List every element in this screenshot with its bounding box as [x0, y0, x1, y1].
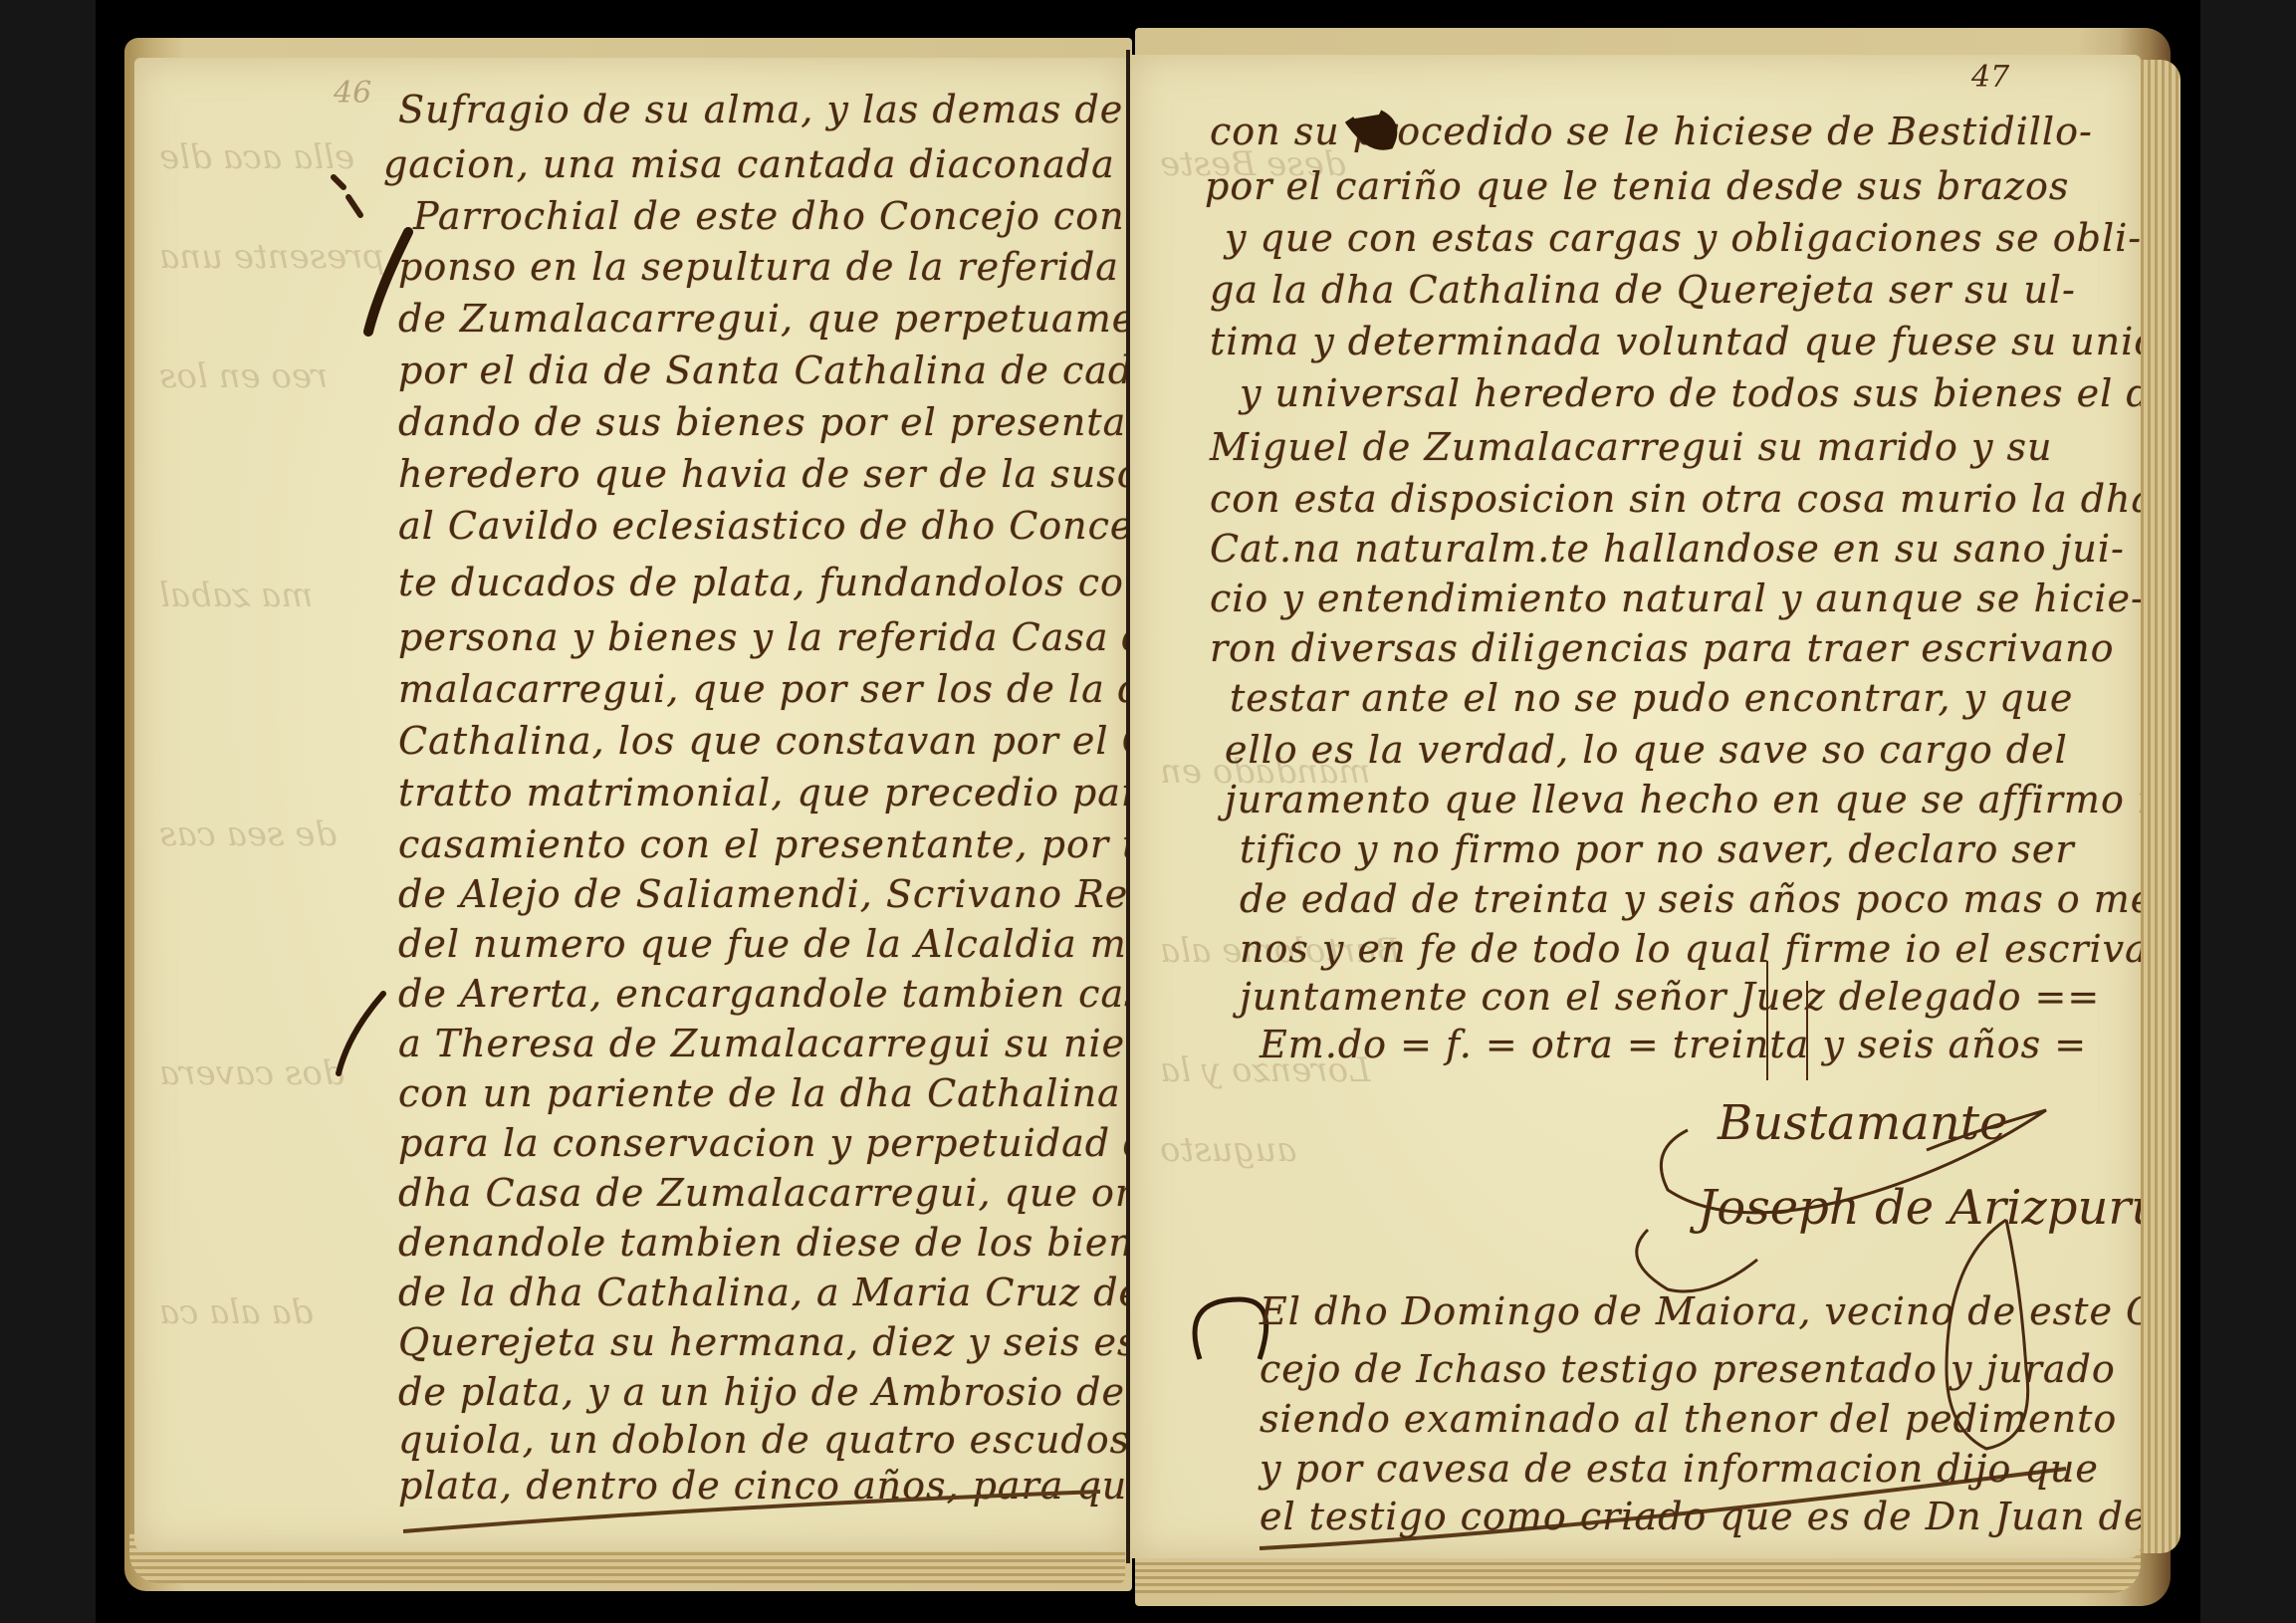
- testimony-line: y por cavesa de esta informacion dijo qu…: [1260, 1447, 2099, 1491]
- testimony-line: El dho Domingo de Maiora, vecino de este…: [1260, 1289, 2141, 1333]
- testimony-line: cejo de Ichaso testigo presentado y jura…: [1260, 1347, 2116, 1391]
- left-page: 46 ella aca dle presente una reo en los …: [134, 58, 1130, 1551]
- right-fore-edge: [2141, 60, 2181, 1553]
- right-page: 47 dese Beste mandado en Bartolome ala L…: [1130, 55, 2141, 1558]
- testimony-line: siendo examinado al thenor del pedimento: [1260, 1397, 2117, 1441]
- open-manuscript-book: 46 ella aca dle presente una reo en los …: [119, 20, 2200, 1613]
- testimony-line: el testigo como criado que es de Dn Juan…: [1260, 1495, 2141, 1538]
- ink-flourishes: [134, 58, 1130, 1551]
- right-dark-panel: [2200, 0, 2296, 1623]
- left-dark-panel: [0, 0, 96, 1623]
